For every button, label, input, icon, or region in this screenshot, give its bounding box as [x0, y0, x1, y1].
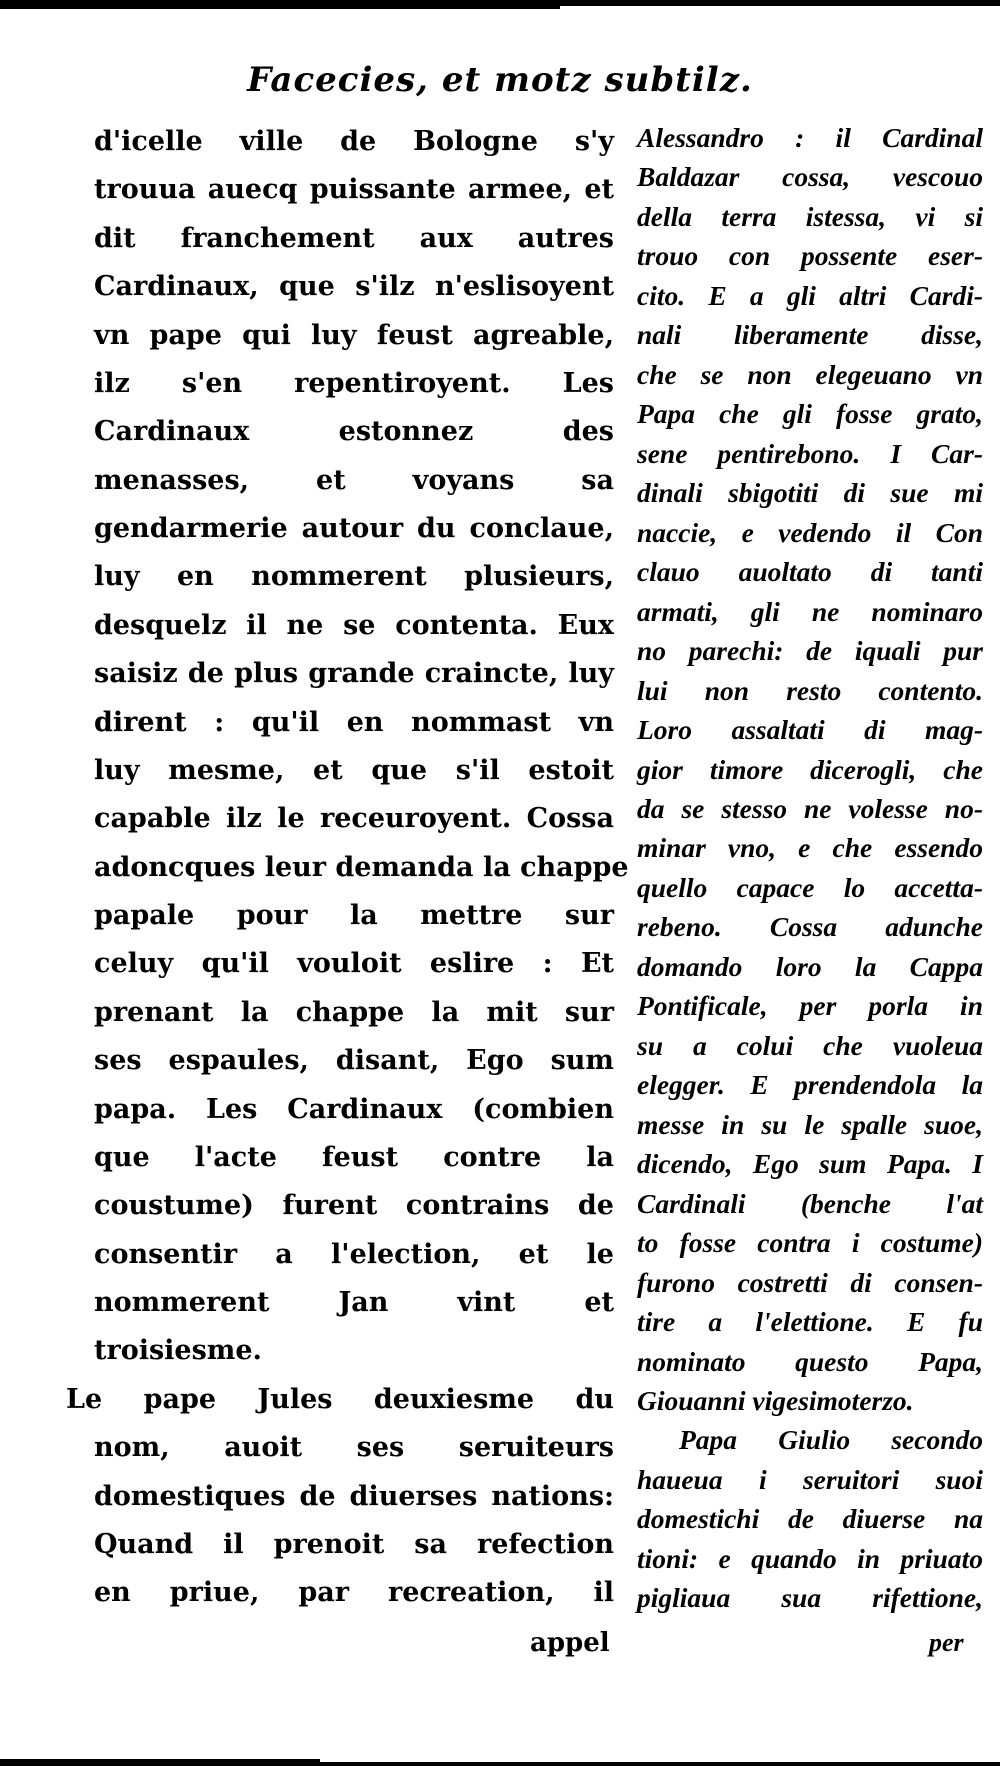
french-text-line: domestiques de diuerses nations:: [66, 1473, 614, 1521]
italian-column: Alessandro : il CardinalBaldazar cossa, …: [637, 118, 983, 1618]
italian-text-line: elegger. E prendendola la: [637, 1065, 983, 1104]
french-text-line: luy en nommerent plusieurs,: [66, 553, 614, 601]
french-text-line: Quand il prenoit sa refection: [66, 1521, 614, 1569]
italian-text-line: Alessandro : il Cardinal: [637, 118, 983, 157]
italian-text-line: Giouanni vigesimoterzo.: [637, 1381, 983, 1420]
french-text-line: saisiz de plus grande craincte, luy: [66, 650, 614, 698]
italian-text-line: Baldazar cossa, vescouo: [637, 157, 983, 196]
italian-text-line: Papa che gli fosse grato,: [637, 394, 983, 433]
french-text-line: celuy qu'il vouloit eslire : Et: [66, 940, 614, 988]
italian-text-line: domando loro la Cappa: [637, 947, 983, 986]
french-text-line: prenant la chappe la mit sur: [66, 989, 614, 1037]
french-text-line: gendarmerie autour du conclaue,: [66, 505, 614, 553]
italian-text-line: Cardinali (benche l'at: [637, 1184, 983, 1223]
italian-text-line: clauo auoltato di tanti: [637, 552, 983, 591]
italian-text-line: to fosse contra i costume): [637, 1223, 983, 1262]
french-text-line: desquelz il ne se contenta. Eux: [66, 602, 614, 650]
french-text-line: capable ilz le receuroyent. Cossa: [66, 795, 614, 843]
italian-text-line: no parechi: de iquali pur: [637, 631, 983, 670]
french-text-line: ilz s'en repentiroyent. Les: [66, 360, 614, 408]
french-text-line: d'icelle ville de Bologne s'y: [66, 118, 614, 166]
italian-text-line: su a colui che vuoleua: [637, 1026, 983, 1065]
running-head: Facecies, et motz subtilz.: [0, 60, 1000, 100]
italian-text-line: che se non elegeuano vn: [637, 355, 983, 394]
italian-text-line: sene pentirebono. I Car-: [637, 434, 983, 473]
top-page-border: [0, 0, 1000, 6]
french-text-line: dirent : qu'il en nommast vn: [66, 699, 614, 747]
italian-text-line: tioni: e quando in priuato: [637, 1539, 983, 1578]
italian-text-line: domestichi de diuerse na: [637, 1499, 983, 1538]
italian-text-line: della terra istessa, vi si: [637, 197, 983, 236]
catchword-italian: per: [929, 1628, 964, 1658]
french-text-line: Cardinaux estonnez des: [66, 408, 614, 456]
italian-text-line: Loro assaltati di mag-: [637, 710, 983, 749]
french-text-line: nommerent Jan vint et: [66, 1279, 614, 1327]
italian-text-line: pigliaua sua rifettione,: [637, 1578, 983, 1617]
italian-text-line: dinali sbigotiti di sue mi: [637, 473, 983, 512]
french-text-line: nom, auoit ses seruiteurs: [66, 1424, 614, 1472]
italian-text-line: naccie, e vedendo il Con: [637, 513, 983, 552]
french-text-line: luy mesme, et que s'il estoit: [66, 747, 614, 795]
french-text-line: papale pour la mettre sur: [66, 892, 614, 940]
french-text-line: en priue, par recreation, il: [66, 1569, 614, 1617]
italian-text-line: armati, gli ne nominaro: [637, 592, 983, 631]
french-text-line: dit franchement aux autres: [66, 215, 614, 263]
italian-text-line: dicendo, Ego sum Papa. I: [637, 1144, 983, 1183]
french-text-line: Cardinaux, que s'ilz n'eslisoyent: [66, 263, 614, 311]
italian-text-line: quello capace lo accetta-: [637, 868, 983, 907]
french-text-line: menasses, et voyans sa: [66, 457, 614, 505]
italian-text-line: rebeno. Cossa adunche: [637, 907, 983, 946]
french-text-line: papa. Les Cardinaux (combien: [66, 1086, 614, 1134]
french-text-line: consentir a l'election, et le: [66, 1231, 614, 1279]
italian-text-line: gior timore dicerogli, che: [637, 750, 983, 789]
italian-text-line: lui non resto contento.: [637, 671, 983, 710]
italian-text-line: da se stesso ne volesse no-: [637, 789, 983, 828]
italian-text-line: Papa Giulio secondo: [637, 1420, 983, 1459]
french-text-line: coustume) furent contrains de: [66, 1182, 614, 1230]
french-column: d'icelle ville de Bologne s'ytrouua auec…: [66, 118, 614, 1618]
french-text-line: trouua auecq puissante armee, et: [66, 166, 614, 214]
french-text-line: vn pape qui luy feust agreable,: [66, 312, 614, 360]
french-text-line: adoncques leur demanda la chappe: [66, 844, 614, 892]
french-text-line: troisiesme.: [66, 1327, 614, 1375]
italian-text-line: messe in su le spalle suoe,: [637, 1105, 983, 1144]
italian-text-line: Pontificale, per porla in: [637, 986, 983, 1025]
catchword-french: appel: [530, 1628, 610, 1658]
french-text-line: Le pape Jules deuxiesme du: [66, 1376, 614, 1424]
bottom-page-border: [0, 1762, 1000, 1766]
italian-text-line: furono costretti di consen-: [637, 1263, 983, 1302]
italian-text-line: tire a l'elettione. E fu: [637, 1302, 983, 1341]
italian-text-line: cito. E a gli altri Cardi-: [637, 276, 983, 315]
italian-text-line: nominato questo Papa,: [637, 1342, 983, 1381]
italian-text-line: trouo con possente eser-: [637, 236, 983, 275]
french-text-line: ses espaules, disant, Ego sum: [66, 1037, 614, 1085]
italian-text-line: minar vno, e che essendo: [637, 828, 983, 867]
italian-text-line: nali liberamente disse,: [637, 315, 983, 354]
french-text-line: que l'acte feust contre la: [66, 1134, 614, 1182]
italian-text-line: haueua i seruitori suoi: [637, 1460, 983, 1499]
